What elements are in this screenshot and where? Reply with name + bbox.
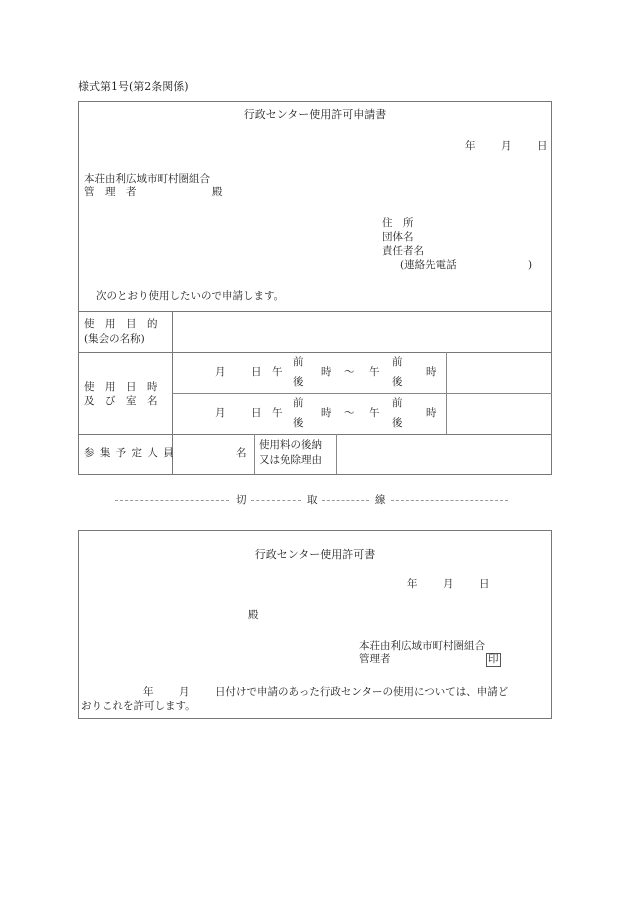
group-name-label: 団体名 — [382, 231, 414, 244]
purpose-sublabel: (集会の名称) — [84, 333, 145, 346]
permit-body-line2: おりこれを許可します。 — [81, 700, 196, 713]
issuer-org: 本荘由利広域市町村圏組合 — [359, 640, 485, 653]
row-divider — [78, 352, 552, 353]
pm-label: 後 — [392, 417, 403, 430]
attendees-label: 参 集 予 定 人 員 — [84, 447, 175, 460]
date-day: 日 — [537, 140, 548, 153]
addressee-org: 本荘由利広域市町村圏組合 — [84, 173, 210, 186]
month-label: 月 — [215, 407, 226, 420]
range-tilde: ～ — [344, 366, 355, 379]
table-top-border — [78, 311, 552, 312]
addressee-honorific: 殿 — [212, 186, 223, 199]
form-number: 様式第1号(第2条関係) — [78, 80, 189, 93]
addressee-role: 管 理 者 — [84, 186, 137, 199]
pm-label: 後 — [293, 376, 304, 389]
date-month: 月 — [443, 578, 454, 591]
seal-icon: 印 — [486, 653, 501, 667]
fee-column-divider — [336, 434, 337, 474]
address-label: 住 所 — [382, 217, 414, 230]
fee-label: 使用料の後納 — [259, 439, 322, 452]
am-label: 前 — [392, 356, 403, 369]
cut-char: 切 — [236, 494, 247, 507]
application-title: 行政センター使用許可申請書 — [0, 108, 630, 121]
attendees-field[interactable] — [176, 437, 232, 471]
date-day: 日 — [479, 578, 490, 591]
phone-close-paren: ) — [528, 259, 532, 272]
time-column-divider — [446, 352, 447, 434]
date-month: 月 — [501, 140, 512, 153]
month-label: 月 — [215, 366, 226, 379]
noon-label: 午 — [272, 366, 283, 379]
purpose-field[interactable] — [176, 314, 548, 349]
body-month: 月 — [179, 686, 190, 699]
am-label: 前 — [293, 356, 304, 369]
row-divider — [78, 434, 552, 435]
room-name-field[interactable] — [449, 355, 548, 391]
body-year: 年 — [143, 686, 154, 699]
fee-sublabel: 又は免除理由 — [259, 454, 322, 467]
attendees-column-divider — [254, 434, 255, 474]
date-year: 年 — [465, 140, 476, 153]
noon-label: 午 — [272, 407, 283, 420]
responsible-person-label: 責任者名 — [382, 245, 424, 258]
date-year: 年 — [407, 578, 418, 591]
row-divider — [172, 393, 552, 394]
day-label: 日 — [251, 407, 262, 420]
attendees-unit: 名 — [236, 447, 247, 460]
noon-label: 午 — [369, 366, 380, 379]
purpose-label: 使 用 目 的 — [84, 318, 158, 331]
phone-label: (連絡先電話 — [400, 259, 457, 272]
permit-title: 行政センター使用許可書 — [0, 548, 630, 561]
am-label: 前 — [392, 397, 403, 410]
noon-label: 午 — [369, 407, 380, 420]
hour-label: 時 — [426, 407, 437, 420]
pm-label: 後 — [293, 417, 304, 430]
hour-label: 時 — [321, 407, 332, 420]
datetime-sublabel: 及 び 室 名 — [84, 395, 158, 408]
cut-char: 取 — [307, 494, 318, 507]
datetime-label: 使 用 日 時 — [84, 381, 158, 394]
cut-char: 線 — [375, 494, 386, 507]
range-tilde: ～ — [344, 407, 355, 420]
permit-body-line1: 日付けで申請のあった行政センターの使用については、申請ど — [215, 686, 508, 699]
hour-label: 時 — [321, 366, 332, 379]
day-label: 日 — [251, 366, 262, 379]
permit-honorific: 殿 — [248, 609, 259, 622]
am-label: 前 — [293, 397, 304, 410]
hour-label: 時 — [426, 366, 437, 379]
issuer-role: 管理者 — [359, 653, 391, 666]
room-name-field[interactable] — [449, 396, 548, 432]
fee-reason-field[interactable] — [340, 437, 548, 471]
pm-label: 後 — [392, 376, 403, 389]
intro-text: 次のとおり使用したいので申請します。 — [96, 290, 284, 303]
